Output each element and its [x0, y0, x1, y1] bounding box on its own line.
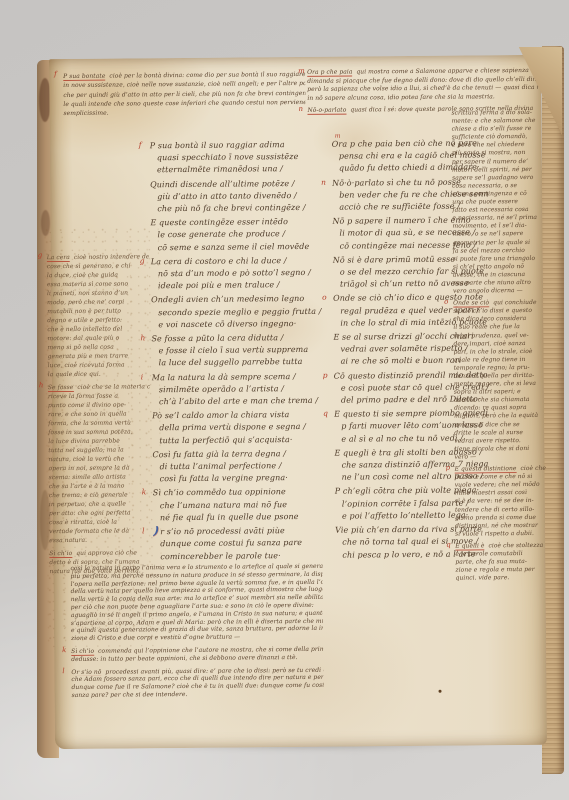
rubric-letter-o: o: [444, 299, 448, 306]
gloss-line: dedusse: in tutto per beate oppinioni, c…: [71, 654, 323, 664]
gloss-block: hSe fosse cioè che se la materia cherice…: [48, 382, 151, 545]
gloss-line: sanza pare? per che si dee intendere.: [72, 690, 324, 700]
gloss-line: vero —: [454, 453, 546, 462]
gloss-left-margin: gLa cera cioè nostro intendere dellecose…: [47, 252, 152, 580]
tercet: Così fu fatta già la terra degna /di tut…: [152, 448, 330, 486]
tercet: Ondegli avien ch’un medesimo legnosecond…: [151, 293, 329, 331]
gloss-top-left: fP sua bontate cioè per la bontà divina:…: [63, 70, 305, 123]
gloss-line: quinci. vide pare.: [456, 574, 548, 583]
rubric-letter-g: g: [38, 252, 43, 259]
rubric-letter-m: m: [335, 133, 341, 141]
binding-blotch: [41, 210, 50, 236]
gloss-line: migliori, però che la equità: [454, 412, 546, 421]
gloss-block: kSì ch’io commenda qui l’oppinione che l…: [71, 646, 323, 664]
verse-line: che più nō fa che brevi contingēze /: [157, 202, 328, 216]
gloss-line: Se fosse cioè che se la materia che: [48, 382, 150, 392]
gloss-line: semplicissime.: [63, 107, 305, 118]
verse-line: nō sta d’un modo e pò sotto’l segno /: [158, 267, 329, 281]
verse-line: cō seme e sanza seme il ciel movēde: [158, 240, 329, 254]
verse-line: e fosse il cielo ī sua vertù supprema: [159, 344, 330, 358]
gloss-line: zione di Cristo e due corpi e vestitù d’…: [71, 633, 323, 643]
tercet: hSe fosse a pūto la cera didutta /e foss…: [151, 332, 329, 370]
tercet: Pò se’l caldo amor la chiara vistadella …: [152, 409, 330, 447]
gloss-line: si vuole ī rispetto a dubii.: [455, 530, 547, 539]
verse-line: della prima vertù dispone e segna /: [159, 421, 330, 435]
tercet: kSì ch’io commēdo tua oppinioneche l’uma…: [153, 486, 331, 524]
gloss-lemma: Nō-o-parlato: [307, 107, 346, 115]
rubric-letter-l: l: [62, 668, 64, 675]
gloss-block: gLa cera cioè nostro intendere dellecose…: [47, 252, 150, 379]
rubric-letter-k: k: [62, 647, 66, 654]
gloss-lemma: Se fosse: [48, 384, 74, 392]
parchment-stain: [439, 690, 442, 693]
rubric-letter-f: f: [139, 141, 142, 149]
tercet: Quindi discende all’ultime potēze /giù d…: [150, 177, 328, 215]
gloss-block: oOnde se ciò qui conchiudese ciò ch’io d…: [453, 299, 546, 462]
tercet: E queste contingēze esser intēdole cose …: [150, 216, 328, 254]
verse-line: ch’à l’abito del arte e man che trema /: [159, 395, 330, 409]
gloss-line: vero angolo dicerna —: [453, 287, 545, 296]
rubric-letter-o: o: [322, 294, 327, 302]
gloss-line: sapere se’l guadagno vero: [452, 174, 544, 183]
tercet: lOr s’io nō procedessi avāti piùedunque …: [153, 525, 331, 563]
rubric-letter-n: n: [321, 178, 326, 186]
tercet: fP sua bontà il suo raggiar adimaquasi s…: [150, 139, 328, 177]
manuscript-page: fP sua bontate cioè per la bontà divina:…: [49, 55, 547, 749]
gloss-line: la quale dice qui.: [48, 369, 150, 379]
gloss-line: in nō sapere alcuna cosa, idio potea far…: [307, 93, 543, 104]
gloss-lemma: Sì ch’io: [71, 648, 94, 656]
verse-line: tutta la perfectiō qui s’acquista·: [159, 433, 330, 447]
gloss-line: essa natura.: [49, 535, 151, 545]
gloss-block: mOra p che paia qui mostra come a Salamo…: [307, 67, 543, 103]
gloss-lemma: Onde se ciò: [453, 299, 489, 307]
gloss-bottom: così la natura in corpo l’anima vera e l…: [70, 563, 323, 705]
gloss-block: pE questa distintione cioè che elli è da…: [455, 465, 548, 539]
gloss-right-margin: scrittura ferma a dio sola-mente: e che …: [451, 109, 547, 587]
rubric-letter-q: q: [446, 542, 451, 549]
gloss-line: pari, in che lo strale, cioè: [454, 348, 546, 357]
photo-background: fP sua bontate cioè per la bontà divina:…: [0, 0, 569, 800]
rubric-letter-p: p: [323, 371, 328, 379]
verse-column-left: fP sua bontà il suo raggiar adimaquasi s…: [150, 139, 332, 565]
verse-line: comincerebber le parole tue·: [160, 549, 331, 563]
verse-line: ideale poi più e men traluce /: [158, 279, 329, 293]
verse-line: così fu fatta la vergine pregna·: [160, 472, 331, 486]
gloss-block: scrittura ferma a dio sola-mente: e che …: [451, 109, 545, 296]
verse-line: la luce del suggello parrebbe tutta: [159, 356, 330, 370]
gloss-lemma: Ora p che paia: [307, 69, 352, 77]
gloss-line: tendere che di certo sillo-: [455, 505, 547, 514]
gloss-line: si puote fare una triangolo: [453, 255, 545, 264]
gloss-block: fP sua bontate cioè per la bontà divina:…: [63, 70, 305, 119]
gloss-block: così la natura in corpo l’anima vera e l…: [70, 563, 323, 643]
verse-line: né fie qual fu in quelle due psone: [160, 511, 331, 525]
illuminated-initial: O: [153, 526, 159, 537]
rubric-letter-f: f: [54, 71, 57, 78]
verse-line: etternalmēte rimanēdosi una /: [157, 163, 328, 177]
gloss-block: qE quelli è cioè che stoltezzae le parol…: [455, 542, 547, 583]
rubric-letter-q: q: [323, 410, 328, 418]
rubric-letter-m: m: [298, 68, 305, 75]
tercet: gLa cera di costoro e chi la duce /nō st…: [151, 255, 329, 293]
gloss-line: sì è da vere: né se dee in-: [455, 497, 547, 506]
gloss-block: lOr s’io nō procedessi avanti più, quasi…: [71, 666, 323, 699]
verse-line: Ondegli avien ch’un medesimo legno: [151, 293, 329, 307]
gloss-line: La cera cioè nostro intendere delle: [47, 252, 149, 262]
tercet: iMa la natura la dà sempre scema /similm…: [152, 370, 330, 408]
rubric-letter-p: p: [446, 465, 451, 472]
rubric-letter-n: n: [298, 106, 303, 113]
gloss-lemma: E quelli è: [455, 542, 484, 550]
gloss-lemma: Sì ch’io: [49, 550, 72, 558]
gloss-lemma: P sua bontate: [63, 73, 105, 81]
rubric-letter-h: h: [39, 382, 44, 389]
gloss-lemma: La cera: [47, 254, 70, 262]
verse-line: e voi nascete cō diverso ingegno·: [158, 318, 329, 332]
verse-line: secondo spezie meglio e peggio frutta /: [158, 305, 329, 319]
